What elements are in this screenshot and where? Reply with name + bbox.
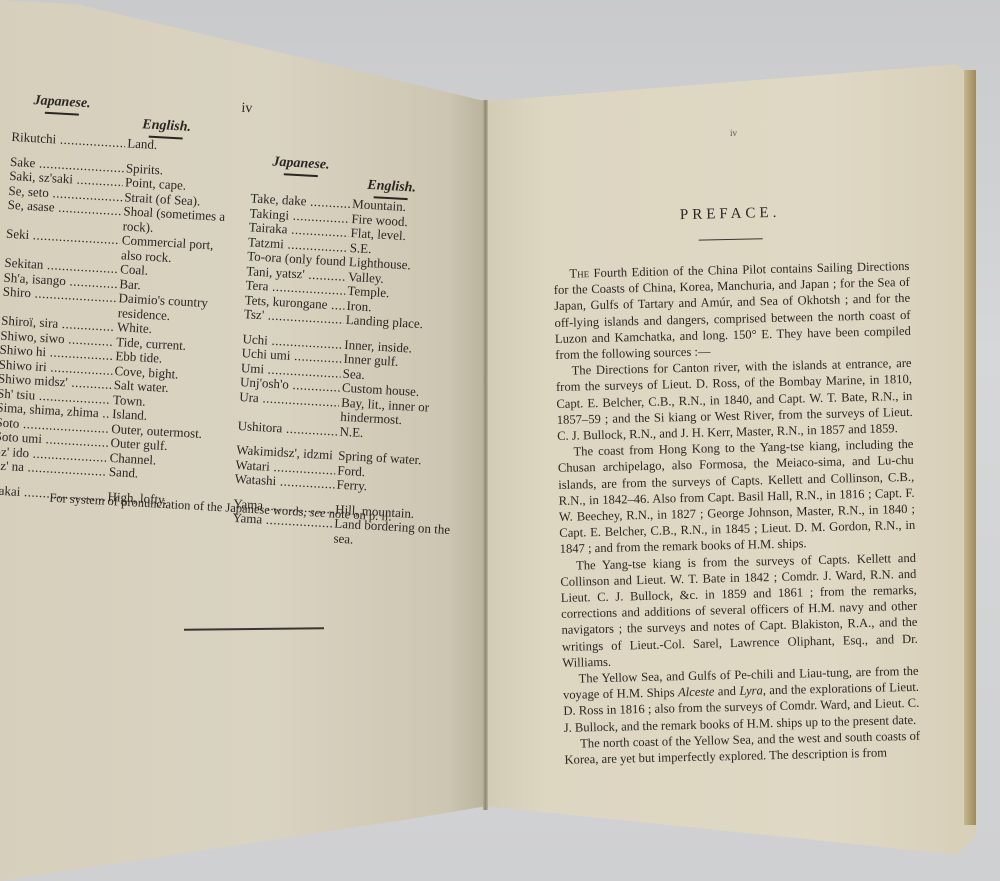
column-header-english: English.: [367, 178, 417, 201]
vocab-column-2: Japanese. English. Take, dakeMountain.Ta…: [231, 153, 472, 552]
preface-paragraph: The Yellow Sea, and Gulfs of Pe-chili an…: [562, 663, 919, 736]
preface-paragraph: The Yang-tse kiang is from the surveys o…: [560, 549, 918, 670]
book-gutter: [483, 100, 488, 810]
preface-paragraph: The Directions for Canton river, with th…: [555, 355, 913, 444]
preface-paragraph: The Fourth Edition of the China Pilot co…: [553, 258, 911, 363]
column-header-english: English.: [142, 117, 192, 140]
page-number: iv: [241, 101, 253, 118]
vocab-column-1: Japanese. English. RikutchiLand.SakeSpir…: [0, 92, 242, 510]
title-rule: [699, 238, 763, 240]
column-header-japanese: Japanese.: [272, 155, 330, 178]
preface-section: PREFACE. The Fourth Edition of the China…: [552, 202, 921, 768]
page-block-edge: [964, 70, 976, 825]
preface-paragraph: The coast from Hong Kong to the Yang-tse…: [557, 436, 915, 557]
folio-mark: iv: [730, 128, 737, 138]
column-header-japanese: Japanese.: [33, 93, 91, 116]
